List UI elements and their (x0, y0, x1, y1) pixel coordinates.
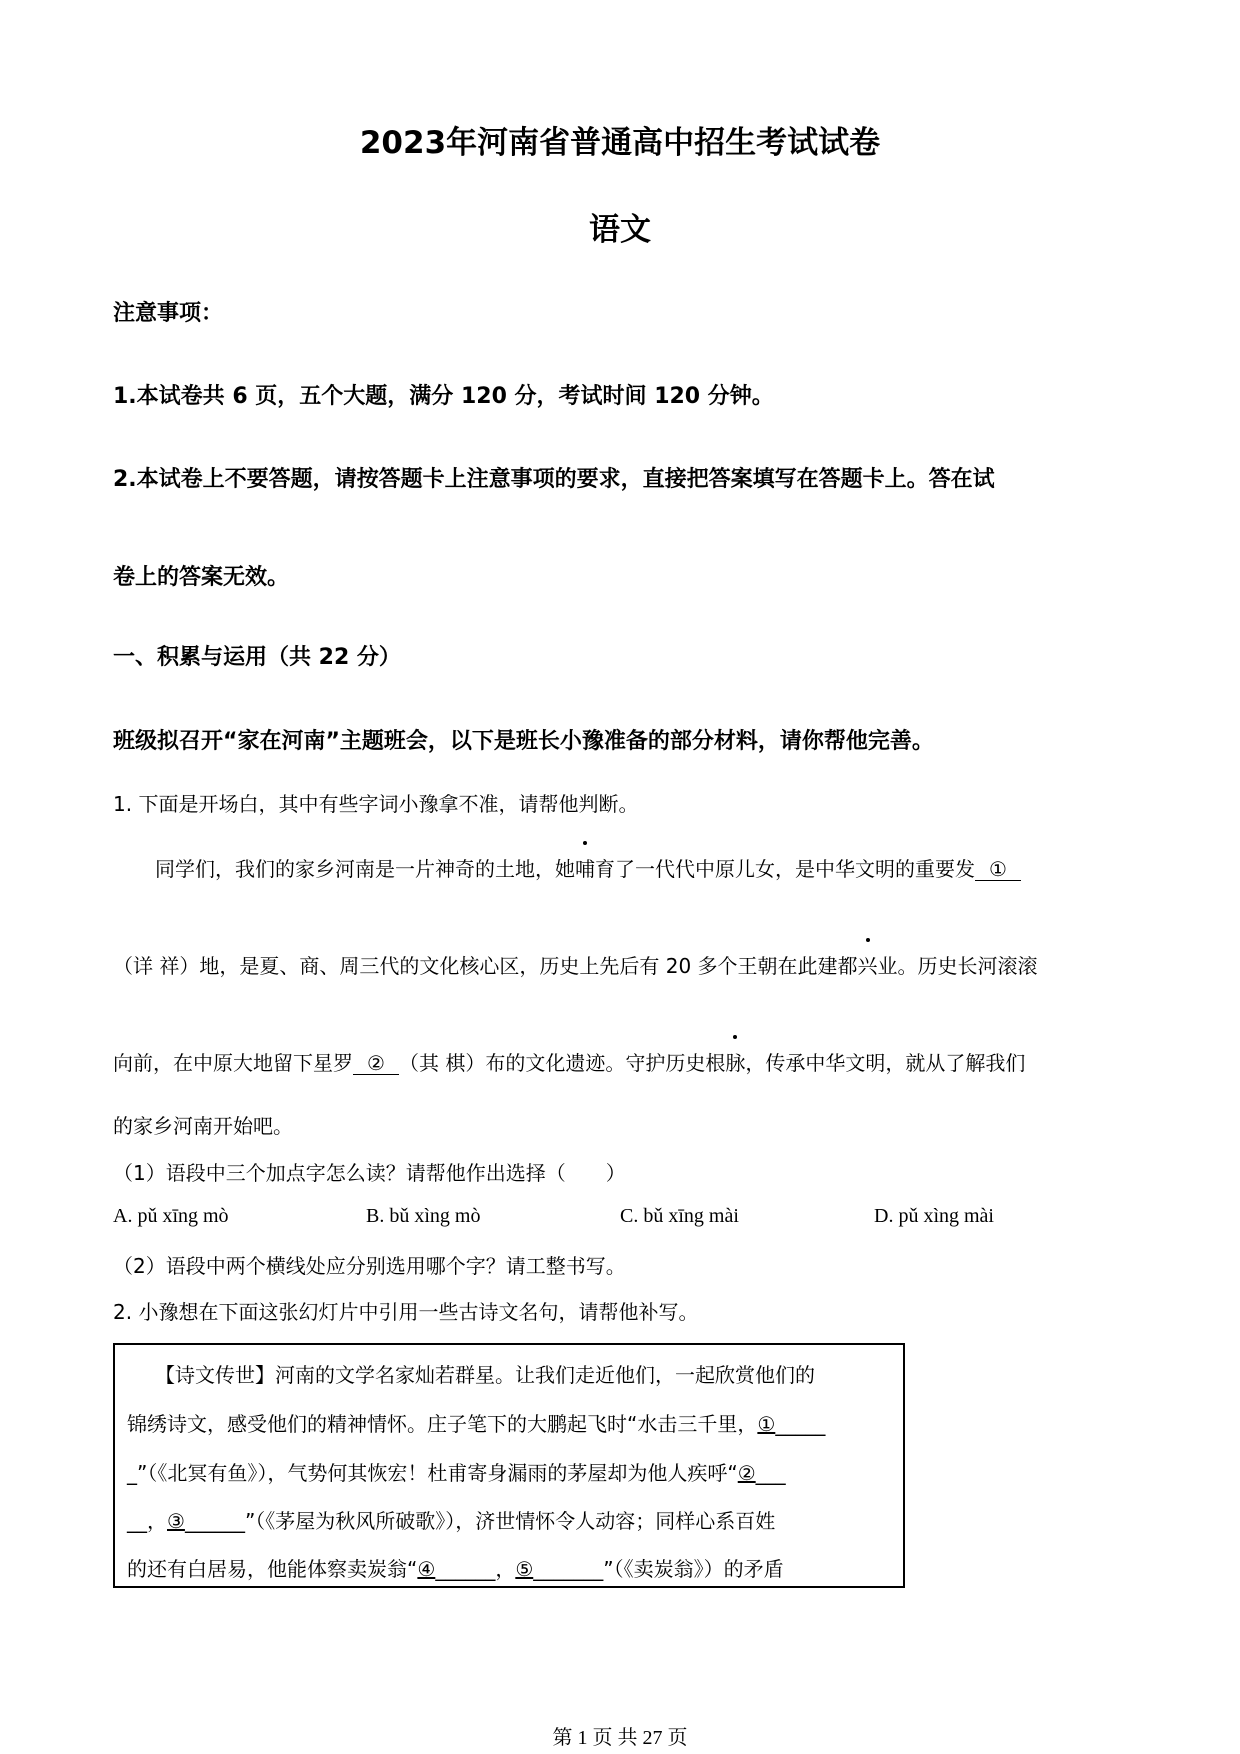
passage-text: 育了一代代中原儿女，是中华文明的重要发 (595, 857, 975, 881)
passage-text: （详 祥）地，是夏、商、周三代的文化核心区，历史上先后有 20 多个王朝在此建都 (113, 954, 858, 978)
blank-2: ② (353, 1052, 399, 1075)
box-text: ”（《茅屋为秋风所破歌》），济世情怀令人动容；同样心系百姓 (245, 1509, 775, 1533)
passage-text: （其 棋）布的文化遗迹。守护历史根 (399, 1051, 725, 1075)
box-text: ， (495, 1557, 515, 1581)
passage-text: 向前，在中原大地留下星罗 (113, 1051, 353, 1075)
blank-line: _____ (775, 1412, 825, 1436)
blank-line: ______ (185, 1509, 245, 1533)
dotted-char: 兴 (858, 950, 878, 979)
box-text: 锦绣诗文，感受他们的精神情怀。庄子笔下的大鹏起飞时“水击三千里， (127, 1412, 757, 1436)
box-line-3: _”（《北冥有鱼》），气势何其恢宏！杜甫寄身漏雨的茅屋却为他人疾呼“②___ (127, 1457, 786, 1486)
box-line-5: 的还有白居易，他能体察卖炭翁“④______，⑤_______”（《卖炭翁》）的… (127, 1553, 784, 1582)
blank-1: ① (975, 858, 1021, 881)
dotted-char: 哺 (575, 853, 595, 882)
question-2-prompt: 2. 小豫想在下面这张幻灯片中引用一些古诗文名句，请帮他补写。 (113, 1296, 698, 1325)
blank-mark-3: ③ (167, 1509, 185, 1533)
passage-line-4: 的家乡河南开始吧。 (113, 1110, 293, 1139)
blank-mark-4: ④ (417, 1557, 435, 1581)
passage-text: ，传承中华文明，就从了解我们 (745, 1051, 1025, 1075)
passage-line-1: 同学们，我们的家乡河南是一片神奇的土地，她哺育了一代代中原儿女，是中华文明的重要… (155, 853, 1021, 882)
question-1-prompt: 1. 下面是开场白，其中有些字词小豫拿不准，请帮他判断。 (113, 788, 638, 817)
blank-line: ___ (756, 1461, 786, 1485)
sub-question-2: （2）语段中两个横线处应分别选用哪个字？请工整书写。 (113, 1250, 626, 1279)
notice-item-2-cont: 卷上的答案无效。 (113, 560, 289, 591)
box-text: ”（《卖炭翁》）的矛盾 (603, 1557, 783, 1581)
box-text: _”（《北冥有鱼》），气势何其恢宏！杜甫寄身漏雨的茅屋却为他人疾呼“ (127, 1461, 738, 1485)
page-number: 第 1 页 共 27 页 (0, 1721, 1240, 1750)
option-c: C. bǔ xīng mài (620, 1205, 739, 1228)
notice-item-2: 2.本试卷上不要答题，请按答题卡上注意事项的要求，直接把答案填写在答题卡上。答在… (113, 462, 995, 493)
slide-box: 【诗文传世】河南的文学名家灿若群星。让我们走近他们，一起欣赏他们的 锦绣诗文，感… (113, 1343, 905, 1588)
section-intro: 班级拟召开“家在河南”主题班会，以下是班长小豫准备的部分材料，请你帮他完善。 (113, 724, 934, 755)
blank-mark-1: ① (757, 1412, 775, 1436)
passage-text: 业。历史长河滚滚 (878, 954, 1038, 978)
blank-mark-5: ⑤ (515, 1557, 533, 1581)
sub-question-1: （1）语段中三个加点字怎么读？请帮他作出选择（ ） (113, 1157, 626, 1186)
option-d: D. pǔ xìng mài (874, 1205, 994, 1228)
passage-text: 同学们，我们的家乡河南是一片神奇的土地，她 (155, 857, 575, 881)
passage-line-2: （详 祥）地，是夏、商、周三代的文化核心区，历史上先后有 20 多个王朝在此建都… (113, 950, 1038, 979)
notice-item-1: 1.本试卷共 6 页，五个大题，满分 120 分，考试时间 120 分钟。 (113, 379, 774, 410)
blank-mark-2: ② (738, 1461, 756, 1485)
dotted-char: 脉 (725, 1047, 745, 1076)
notice-heading: 注意事项： (113, 296, 223, 327)
box-line-2: 锦绣诗文，感受他们的精神情怀。庄子笔下的大鹏起飞时“水击三千里，①_____ (127, 1408, 825, 1437)
blank-line: ______ (435, 1557, 495, 1581)
box-line-4: __，③______”（《茅屋为秋风所破歌》），济世情怀令人动容；同样心系百姓 (127, 1505, 775, 1534)
box-text: __， (127, 1509, 167, 1533)
option-a: A. pǔ xīng mò (113, 1205, 229, 1228)
exam-title: 2023年河南省普通高中招生考试试卷 (0, 117, 1240, 162)
passage-line-3: 向前，在中原大地留下星罗②（其 棋）布的文化遗迹。守护历史根脉，传承中华文明，就… (113, 1047, 1025, 1076)
option-b: B. bǔ xìng mò (366, 1205, 480, 1228)
section-heading: 一、积累与运用（共 22 分） (113, 640, 401, 671)
subject-title: 语文 (0, 204, 1240, 249)
box-line-1: 【诗文传世】河南的文学名家灿若群星。让我们走近他们，一起欣赏他们的 (155, 1359, 815, 1388)
blank-line: _______ (533, 1557, 603, 1581)
box-text: 的还有白居易，他能体察卖炭翁“ (127, 1557, 417, 1581)
